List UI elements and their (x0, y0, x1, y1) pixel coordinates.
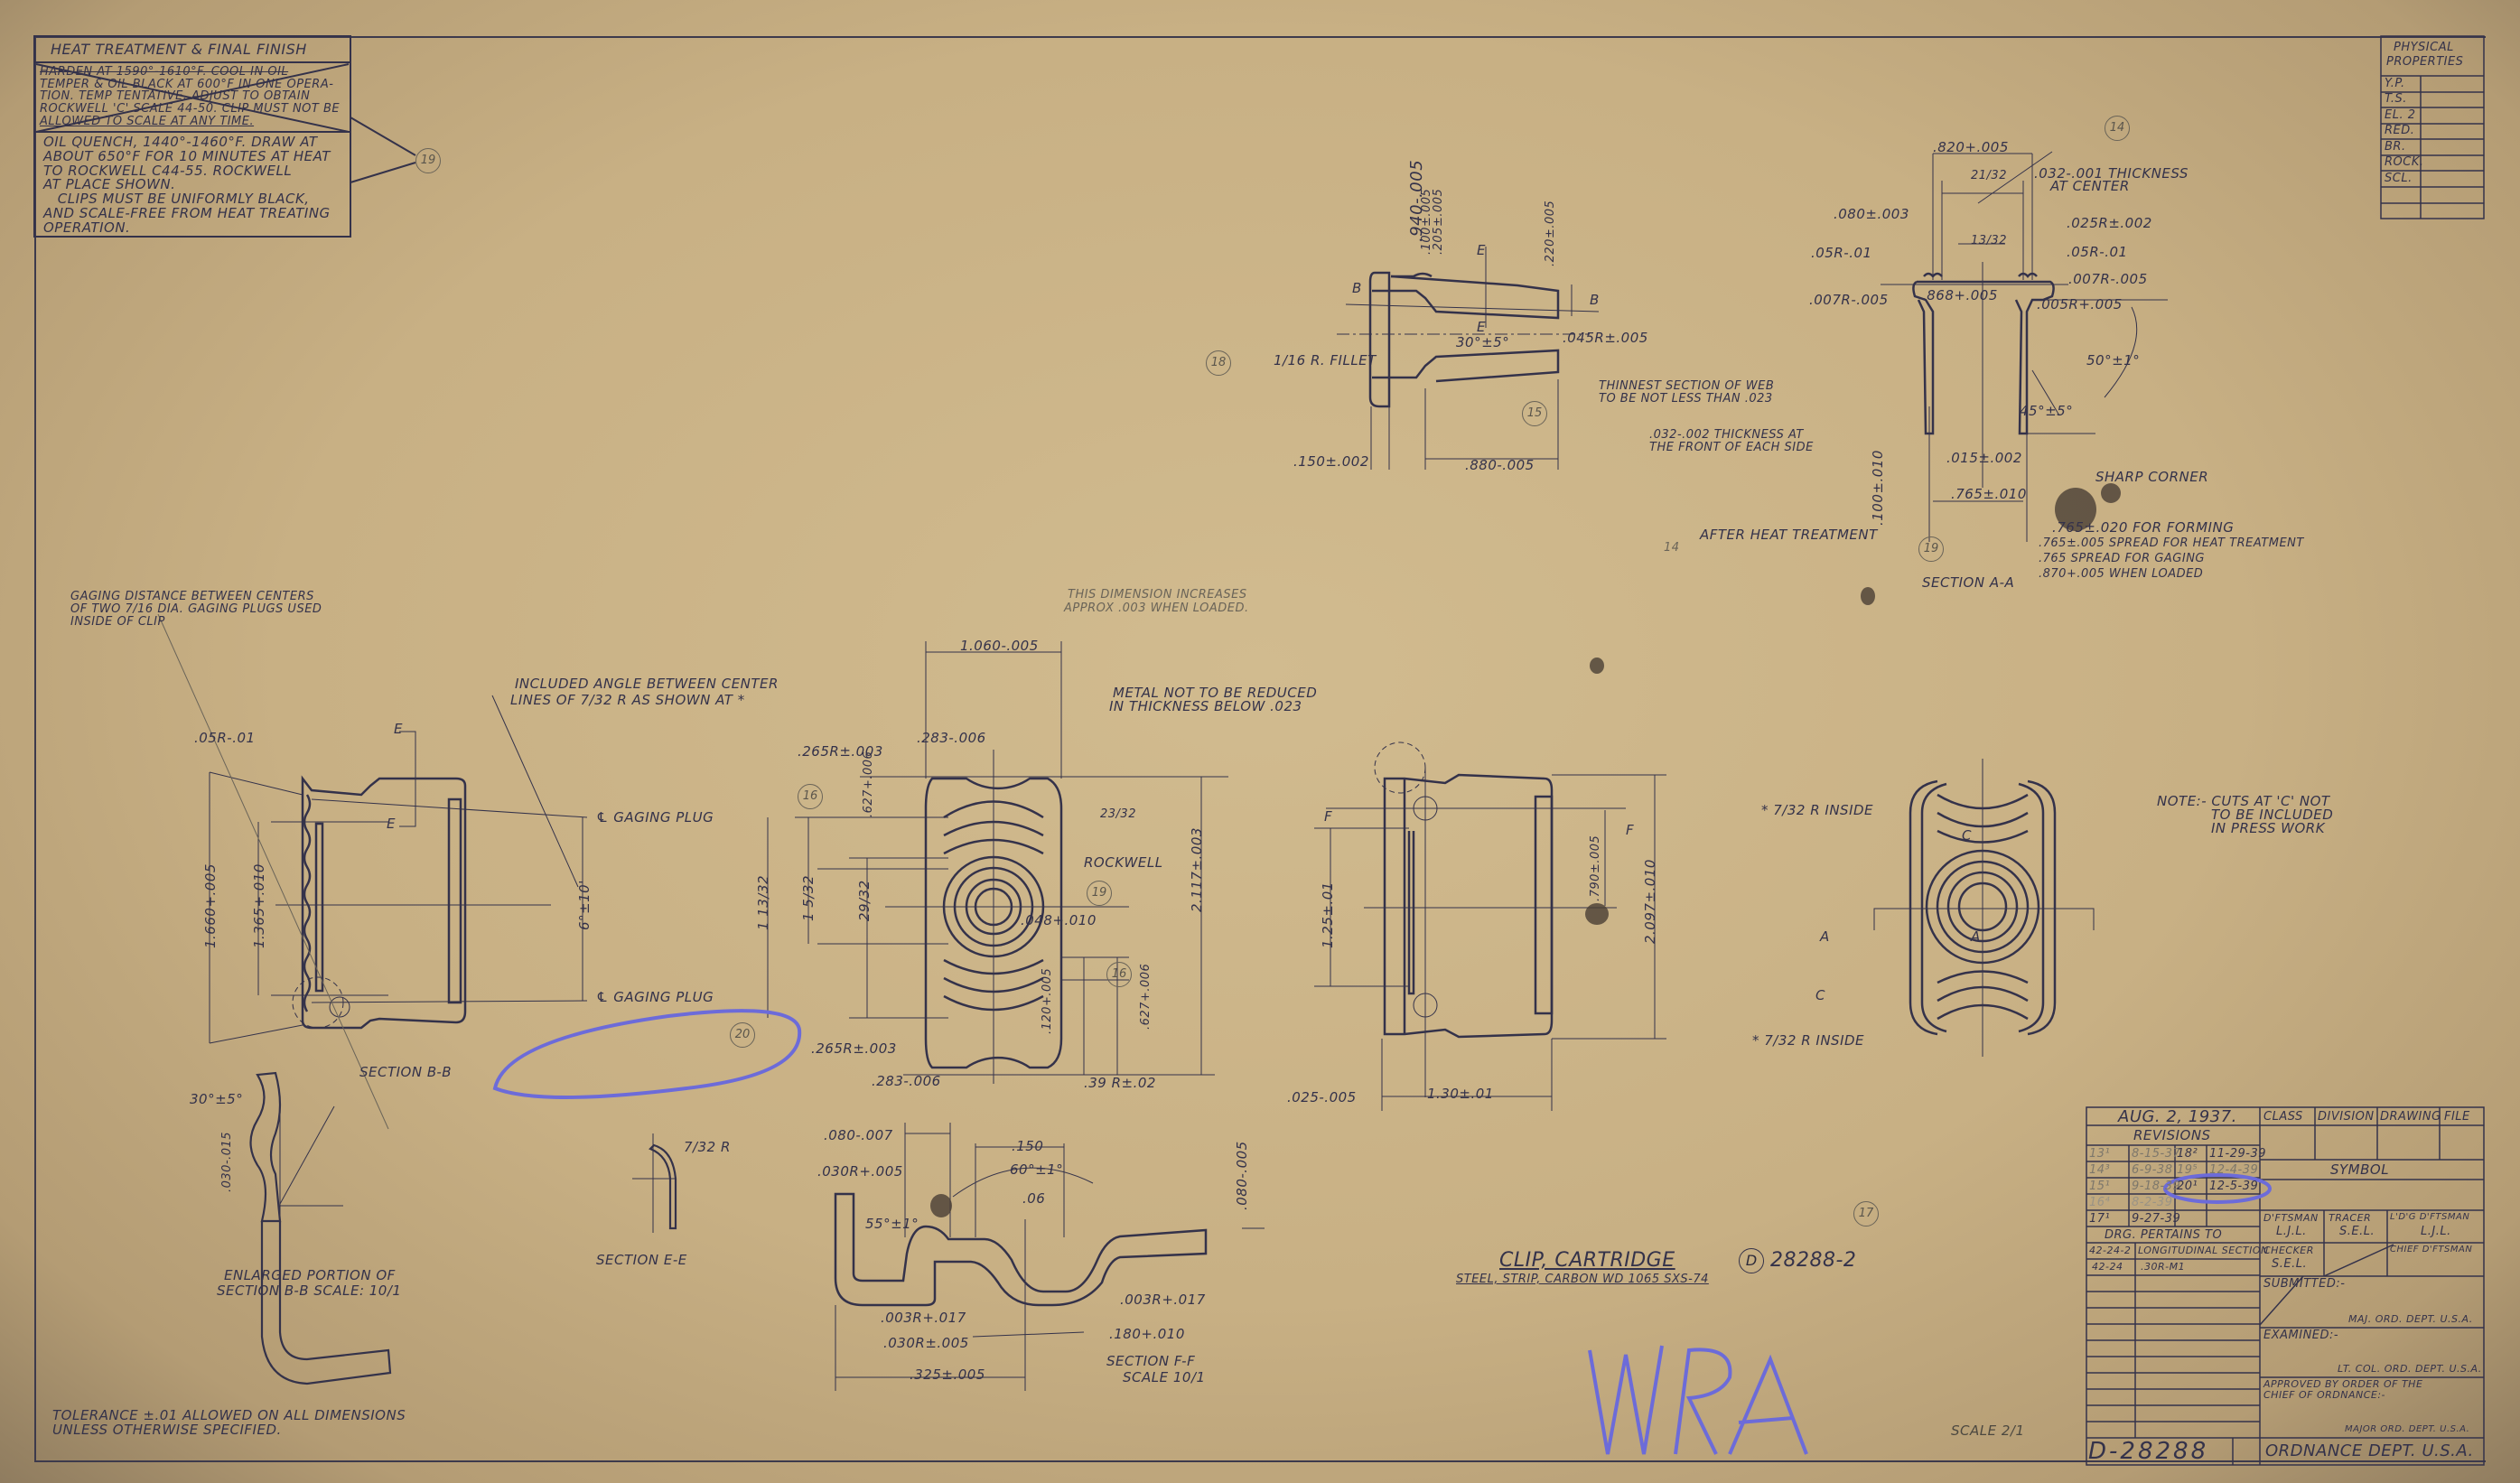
stamp-number: D-28288 (2088, 1440, 2208, 1464)
section-marker-e: E (387, 817, 396, 832)
section-marker-f: F (1626, 824, 1634, 838)
dim-30deg: 30°±5° (190, 1093, 243, 1107)
dim-880: .880-.005 (1465, 459, 1535, 473)
dim-1660: 1.660+.005 (204, 863, 219, 948)
dim-23-32: 23/32 (1100, 808, 1136, 821)
section-marker-f: F (1324, 810, 1332, 825)
drawing-size-circle: D (1739, 1248, 1764, 1273)
dim-080-007: .080-.007 (824, 1129, 893, 1143)
dim-05r-left: .05R-.01 (1811, 247, 1872, 261)
ref-circle: 18 (1206, 350, 1231, 376)
section-bb-title: SECTION B-B (359, 1066, 452, 1080)
rockwell-label: ROCKWELL (1084, 856, 1163, 871)
section-ff-scale: SCALE 10/1 (1123, 1371, 1206, 1385)
heat-treatment-struck-text: HARDEN AT 1590°-1610°F. COOL IN OIL TEMP… (40, 66, 340, 127)
web-note: THINNEST SECTION OF WEB (1599, 380, 1774, 393)
symbol-label: SYMBOL (2330, 1163, 2389, 1178)
load-note: THIS DIMENSION INCREASES (1068, 589, 1247, 602)
dim-29-32: 29/32 (858, 880, 873, 921)
dim-205: .205±.005 (1433, 189, 1445, 255)
dim-765: .765±.010 (1951, 488, 2027, 502)
drawing-header: DRAWING (2380, 1111, 2441, 1124)
radius-inside-label: * 7/32 R INSIDE (1752, 1034, 1864, 1049)
marker-a: A (1820, 930, 1830, 945)
dim-080: .080±.003 (1834, 208, 1909, 222)
dim-627-top: .627+.006 (863, 751, 875, 817)
marker-c: C (1815, 989, 1825, 1003)
dim-05r-right: .05R-.01 (2067, 246, 2128, 260)
dim-1-13-32: 1 13/32 (757, 875, 771, 930)
prop-red: RED. (2385, 125, 2414, 137)
after-heat-treatment-note: AFTER HEAT TREATMENT (1700, 528, 1878, 543)
scale-note: SCALE 2/1 (1951, 1424, 2025, 1439)
radius-inside-label: * 7/32 R INSIDE (1761, 804, 1873, 818)
ref-circle: 19 (1918, 536, 1944, 562)
prop-scl: SCL. (2385, 173, 2413, 185)
ref-circle: 19 (1087, 881, 1112, 906)
ink-stain (1585, 903, 1609, 925)
dim-790: .790±.005 (1590, 835, 1602, 901)
marker-a: A (1971, 930, 1981, 945)
dim-39r: .39 R±.02 (1084, 1077, 1156, 1091)
dim-angle-30: 30°±5° (1456, 336, 1509, 350)
dim-007r-right: .007R-.005 (2068, 273, 2148, 287)
dim-1365: 1.365+.010 (253, 863, 267, 948)
gaging-note: GAGING DISTANCE BETWEEN CENTERS (70, 591, 314, 603)
class-header: CLASS (2263, 1111, 2303, 1124)
department-label: ORDNANCE DEPT. U.S.A. (2265, 1443, 2474, 1460)
file-header: FILE (2444, 1111, 2470, 1124)
front-thickness-note: .032-.002 THICKNESS AT (1649, 429, 1804, 442)
dim-025: .025-.005 (1287, 1091, 1357, 1105)
ref-circle: 16 (1106, 962, 1132, 987)
physical-properties-header: PHYSICAL (2394, 42, 2454, 54)
dim-1060: 1.060-.005 (960, 639, 1039, 654)
dim-325: .325±.005 (910, 1368, 985, 1383)
drawing-number: 28288-2 (1770, 1250, 1856, 1271)
ref-circle: 15 (1522, 401, 1547, 426)
prop-rock: ROCK. (2385, 156, 2424, 169)
dim-60deg: 60°±1° (1010, 1163, 1063, 1178)
sharp-corner-note: SHARP CORNER (2095, 471, 2208, 485)
dim-080-005: .080-.005 (1236, 1141, 1250, 1210)
heat-treatment-header: HEAT TREATMENT & FINAL FINISH (51, 42, 307, 58)
dim-283-top: .283-.006 (917, 732, 986, 746)
dim-030: .030-.015 (221, 1132, 234, 1192)
ref-circle: 16 (798, 784, 823, 809)
section-aa-title: SECTION A-A (1922, 576, 2014, 591)
dim-6deg: 6°±10' (578, 880, 593, 930)
ink-stain (1590, 658, 1604, 674)
dim-003r-right: .003R+.017 (1120, 1293, 1206, 1308)
dim-265r-bottom: .265R±.003 (811, 1042, 897, 1057)
prop-ts: T.S. (2385, 93, 2407, 106)
dim-180: .180+.010 (1109, 1328, 1185, 1342)
division-header: DIVISION (2318, 1111, 2375, 1124)
dim-003r-left: .003R+.017 (881, 1311, 966, 1326)
dim-06: .06 (1022, 1192, 1045, 1207)
drawing-material: STEEL, STRIP, CARBON WD 1065 SXS-74 (1456, 1273, 1709, 1286)
dim-820: .820+.005 (1933, 141, 2009, 155)
ink-stain (930, 1194, 952, 1217)
dim-030r-top: .030R+.005 (817, 1165, 903, 1180)
enlarged-caption: ENLARGED PORTION OF (224, 1269, 396, 1283)
revision-ref-circle: 19 (415, 148, 441, 173)
dim-007r-left: .007R-.005 (1809, 294, 1889, 308)
dim-868: .868+.005 (1922, 289, 1998, 303)
section-ff-title: SECTION F-F (1106, 1355, 1195, 1369)
ref-circle: 20 (730, 1022, 755, 1048)
drawing-title: CLIP, CARTRIDGE (1499, 1250, 1675, 1271)
prop-br: BR. (2385, 141, 2406, 154)
section-marker-b: B (1590, 294, 1600, 308)
dim-2097: 2.097±.010 (1644, 859, 1658, 944)
section-ee-dim: 7/32 R (684, 1141, 731, 1155)
marker-c: C (1962, 829, 1972, 844)
section-marker-e: E (1477, 321, 1486, 335)
dim-05r: .05R-.01 (194, 732, 256, 746)
dim-angle-50: 50°±1° (2086, 354, 2140, 368)
gaging-plug-label: ℄ GAGING PLUG (596, 991, 714, 1005)
dim-1-5-32: 1 5/32 (802, 875, 817, 921)
drawing-date: AUG. 2, 1937. (2118, 1109, 2237, 1126)
dim-045r: .045R±.005 (1563, 331, 1648, 346)
dim-220: .220±.005 (1545, 201, 1557, 266)
revisions-header: REVISIONS (2133, 1129, 2211, 1143)
dim-angle-45: 45°±5° (2020, 405, 2073, 419)
gaging-plug-label: ℄ GAGING PLUG (596, 811, 714, 825)
spread-note: .765±.020 FOR FORMING (2052, 521, 2234, 536)
circled-revision: 20¹ (2177, 1180, 2198, 1193)
dim-120: .120+.005 (1041, 968, 1054, 1034)
dim-015: .015±.002 (1946, 452, 2022, 466)
dim-130: 1.30±.01 (1427, 1087, 1494, 1102)
dim-150: .150±.002 (1293, 455, 1369, 470)
dim-21-32: 21/32 (1971, 170, 2007, 182)
ink-stain (1861, 587, 1875, 605)
dim-005r: .005R+.005 (2037, 298, 2123, 312)
dim-55deg: 55°±1° (865, 1217, 919, 1232)
section-marker-e: E (394, 723, 403, 737)
dim-030r-bottom: .030R±.005 (883, 1337, 969, 1351)
ink-stain (2101, 483, 2121, 503)
dim-2117: 2.117±.003 (1190, 827, 1205, 912)
dim-13-32: 13/32 (1971, 235, 2007, 247)
fillet-note: 1/16 R. FILLET (1274, 354, 1377, 368)
prop-yp: Y.P. (2385, 78, 2405, 90)
dim-125: 1.25±.01 (1321, 881, 1336, 948)
dim-048: .048+.010 (1021, 914, 1097, 928)
section-ee-title: SECTION E-E (596, 1254, 687, 1268)
prop-el: EL. 2 (2385, 109, 2416, 122)
section-marker-e: E (1477, 244, 1486, 258)
heat-treatment-current-text: OIL QUENCH, 1440°-1460°F. DRAW AT ABOUT … (43, 135, 331, 235)
ref-circle: 14 (2105, 116, 2130, 141)
dim-283-bottom: .283-.006 (872, 1075, 941, 1089)
dim-100-010: .100±.010 (1871, 450, 1886, 526)
pertains-header: DRG. PERTAINS TO (2105, 1229, 2222, 1242)
ref-circle: 17 (1853, 1201, 1879, 1227)
dim-025r: .025R±.002 (2067, 217, 2152, 231)
included-angle-note: INCLUDED ANGLE BETWEEN CENTER (515, 677, 779, 692)
dim-627-bottom: .627+.006 (1140, 964, 1153, 1030)
section-marker-b: B (1352, 282, 1362, 296)
dim-150: .150 (1012, 1140, 1043, 1154)
